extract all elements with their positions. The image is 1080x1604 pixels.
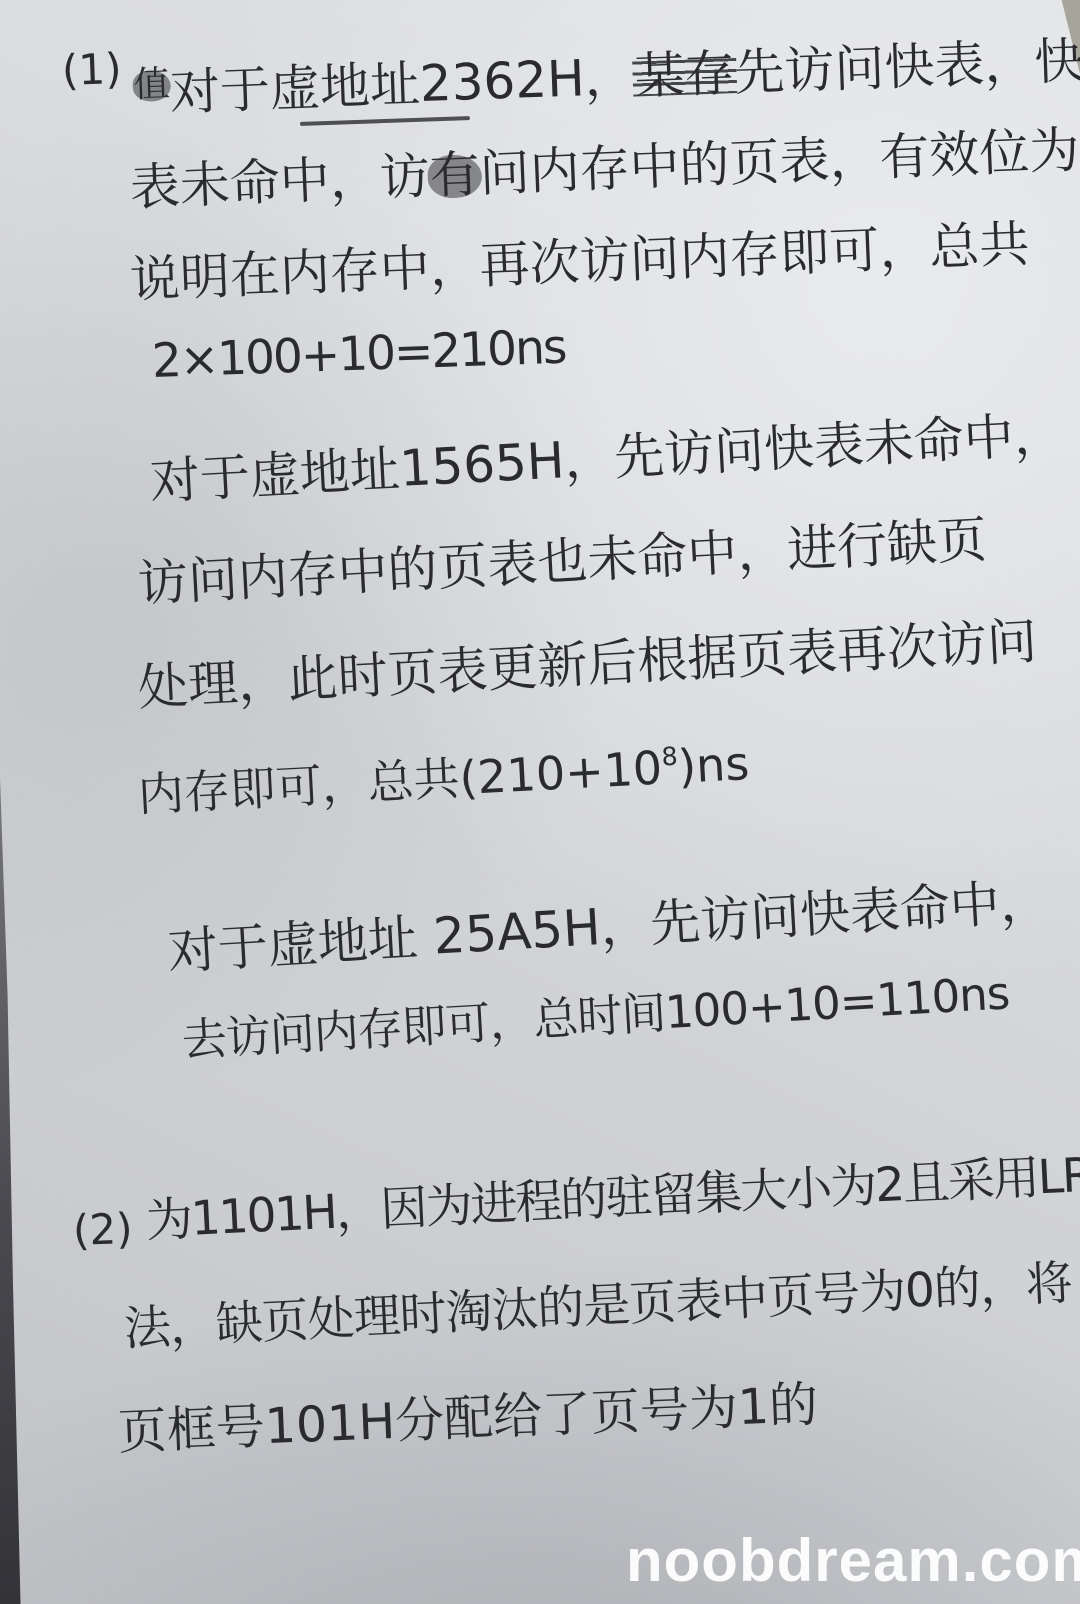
superscript-exponent: 8 — [661, 742, 679, 772]
text-run: )ns — [677, 736, 751, 794]
text-run: 表未命中，访 — [129, 147, 431, 217]
scribbled-out-character: 值 — [133, 63, 171, 107]
watermark-text: noobdream.com — [626, 1526, 1080, 1595]
text-run: 先访问快表，快 — [733, 32, 1080, 102]
struck-text: 某存 — [634, 44, 736, 105]
photo-handwritten-notes: (1) 值对于虚地址2362H，某存先访问快表，快 表未命中，访有问内存中的页表… — [0, 0, 1080, 1604]
item-1-marker: (1) — [61, 44, 122, 95]
item-2-marker: (2) — [72, 1204, 133, 1255]
scribbled-out-character: 有 — [429, 144, 481, 206]
